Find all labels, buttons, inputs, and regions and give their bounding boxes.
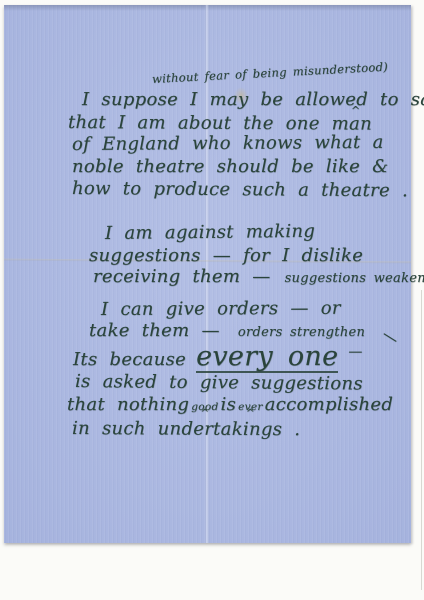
handwritten-line-10: take them — orders strengthen — xyxy=(89,320,401,341)
line-11-emphasized-words: every one xyxy=(196,343,338,373)
handwritten-line-1: I suppose I may be allowed to say , xyxy=(82,89,424,110)
line-10-side-note: orders strengthen xyxy=(238,325,365,340)
handwritten-line-4: noble theatre should be like & xyxy=(72,156,388,177)
handwritten-line-2: that I am about the one man xyxy=(68,112,372,135)
handwritten-line-9: I can give orders — or xyxy=(101,298,341,320)
line-11-main: Its because xyxy=(73,349,186,370)
handwritten-line-13: that nothing good ^ is ever ^ accomplish… xyxy=(67,394,393,416)
inserted-phrase: without fear of being misunderstood) xyxy=(152,60,389,86)
handwritten-line-12: is asked to give suggestions xyxy=(75,371,363,395)
insertion-caret: ^ xyxy=(201,411,210,417)
line-13-insertion-good: good ^ xyxy=(191,405,218,416)
scanner-edge-line xyxy=(421,290,422,590)
line-13-insertion-ever: ever ^ xyxy=(238,405,263,416)
pen-flourish-stroke: — xyxy=(379,324,403,349)
line-10-main: take them — xyxy=(89,320,220,341)
scanned-letter-page: without fear of being misunderstood) I s… xyxy=(0,0,424,600)
line-13-part-2: is xyxy=(221,394,237,415)
line-13-part-3: accomplished xyxy=(265,394,393,415)
letter-paper: without fear of being misunderstood) I s… xyxy=(4,5,411,543)
line-11-dash: — xyxy=(348,344,362,360)
handwritten-line-5: how to produce such a theatre . xyxy=(72,178,408,201)
handwritten-line-11: Its because every one — xyxy=(73,343,363,373)
line-8-main: receiving them — xyxy=(93,266,271,287)
handwritten-line-14: in such undertakings . xyxy=(72,418,300,440)
line-8-side-note: suggestions weaken . xyxy=(285,271,424,286)
handwritten-line-6: I am against making xyxy=(105,221,315,244)
line-13-part-1: that nothing xyxy=(67,394,189,415)
handwritten-line-3: of England who knows what a xyxy=(72,132,384,155)
insertion-caret: ^ xyxy=(246,411,255,417)
handwritten-line-7: suggestions — for I dislike xyxy=(89,245,363,266)
handwritten-line-8: receiving them — suggestions weaken . xyxy=(93,266,424,287)
